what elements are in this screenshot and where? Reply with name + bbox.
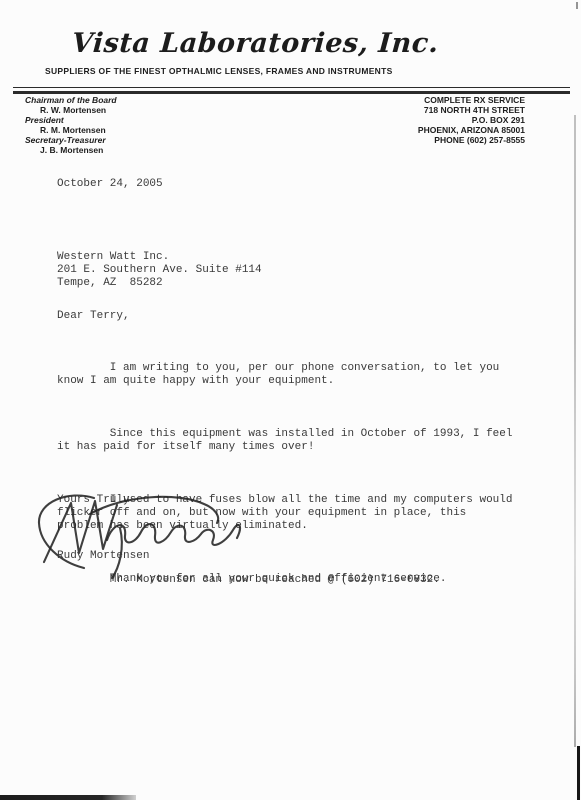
letter-date: October 24, 2005 [57,178,163,191]
body-paragraph-1: I am writing to you, per our phone conve… [57,362,512,388]
scanned-letter-page: Vista Laboratories, Inc. SUPPLIERS OF TH… [0,0,581,800]
contact-line: P.O. BOX 291 [418,115,525,125]
officer-name: R. M. Mortensen [25,125,117,135]
postscript: Mr. Mortensen can now be reached @ (602)… [57,574,440,587]
signature-stroke [90,497,218,523]
officer-title: Secretary-Treasurer [25,135,117,145]
signer-name: Rudy Mortensen [57,550,149,563]
recipient-address: Western Watt Inc. 201 E. Southern Ave. S… [57,251,262,290]
body-paragraph-2: Since this equipment was installed in Oc… [57,428,512,454]
handwritten-signature [28,490,248,580]
company-tagline: SUPPLIERS OF THE FINEST OPTHALMIC LENSES… [45,66,393,76]
scan-artifact-top-right-mark [576,2,578,9]
salutation: Dear Terry, [57,310,130,323]
scan-artifact-right-bottom-bar [577,746,580,800]
scan-artifact-right-edge-line [574,115,576,747]
letterhead-divider [13,87,570,94]
officer-name: J. B. Mortensen [25,145,117,155]
officer-name: R. W. Mortensen [25,105,117,115]
signature-stroke [107,524,240,545]
officers-block: Chairman of the Board R. W. Mortensen Pr… [25,95,117,155]
contact-line: PHONE (602) 257-8555 [418,135,525,145]
company-logo: Vista Laboratories, Inc. [71,28,440,59]
contact-block: COMPLETE RX SERVICE 718 NORTH 4TH STREET… [418,95,525,145]
contact-line: PHOENIX, ARIZONA 85001 [418,125,525,135]
officer-title: Chairman of the Board [25,95,117,105]
contact-line: 718 NORTH 4TH STREET [418,105,525,115]
scan-artifact-bottom-left-bar [0,795,136,800]
officer-title: President [25,115,117,125]
contact-line: COMPLETE RX SERVICE [418,95,525,105]
